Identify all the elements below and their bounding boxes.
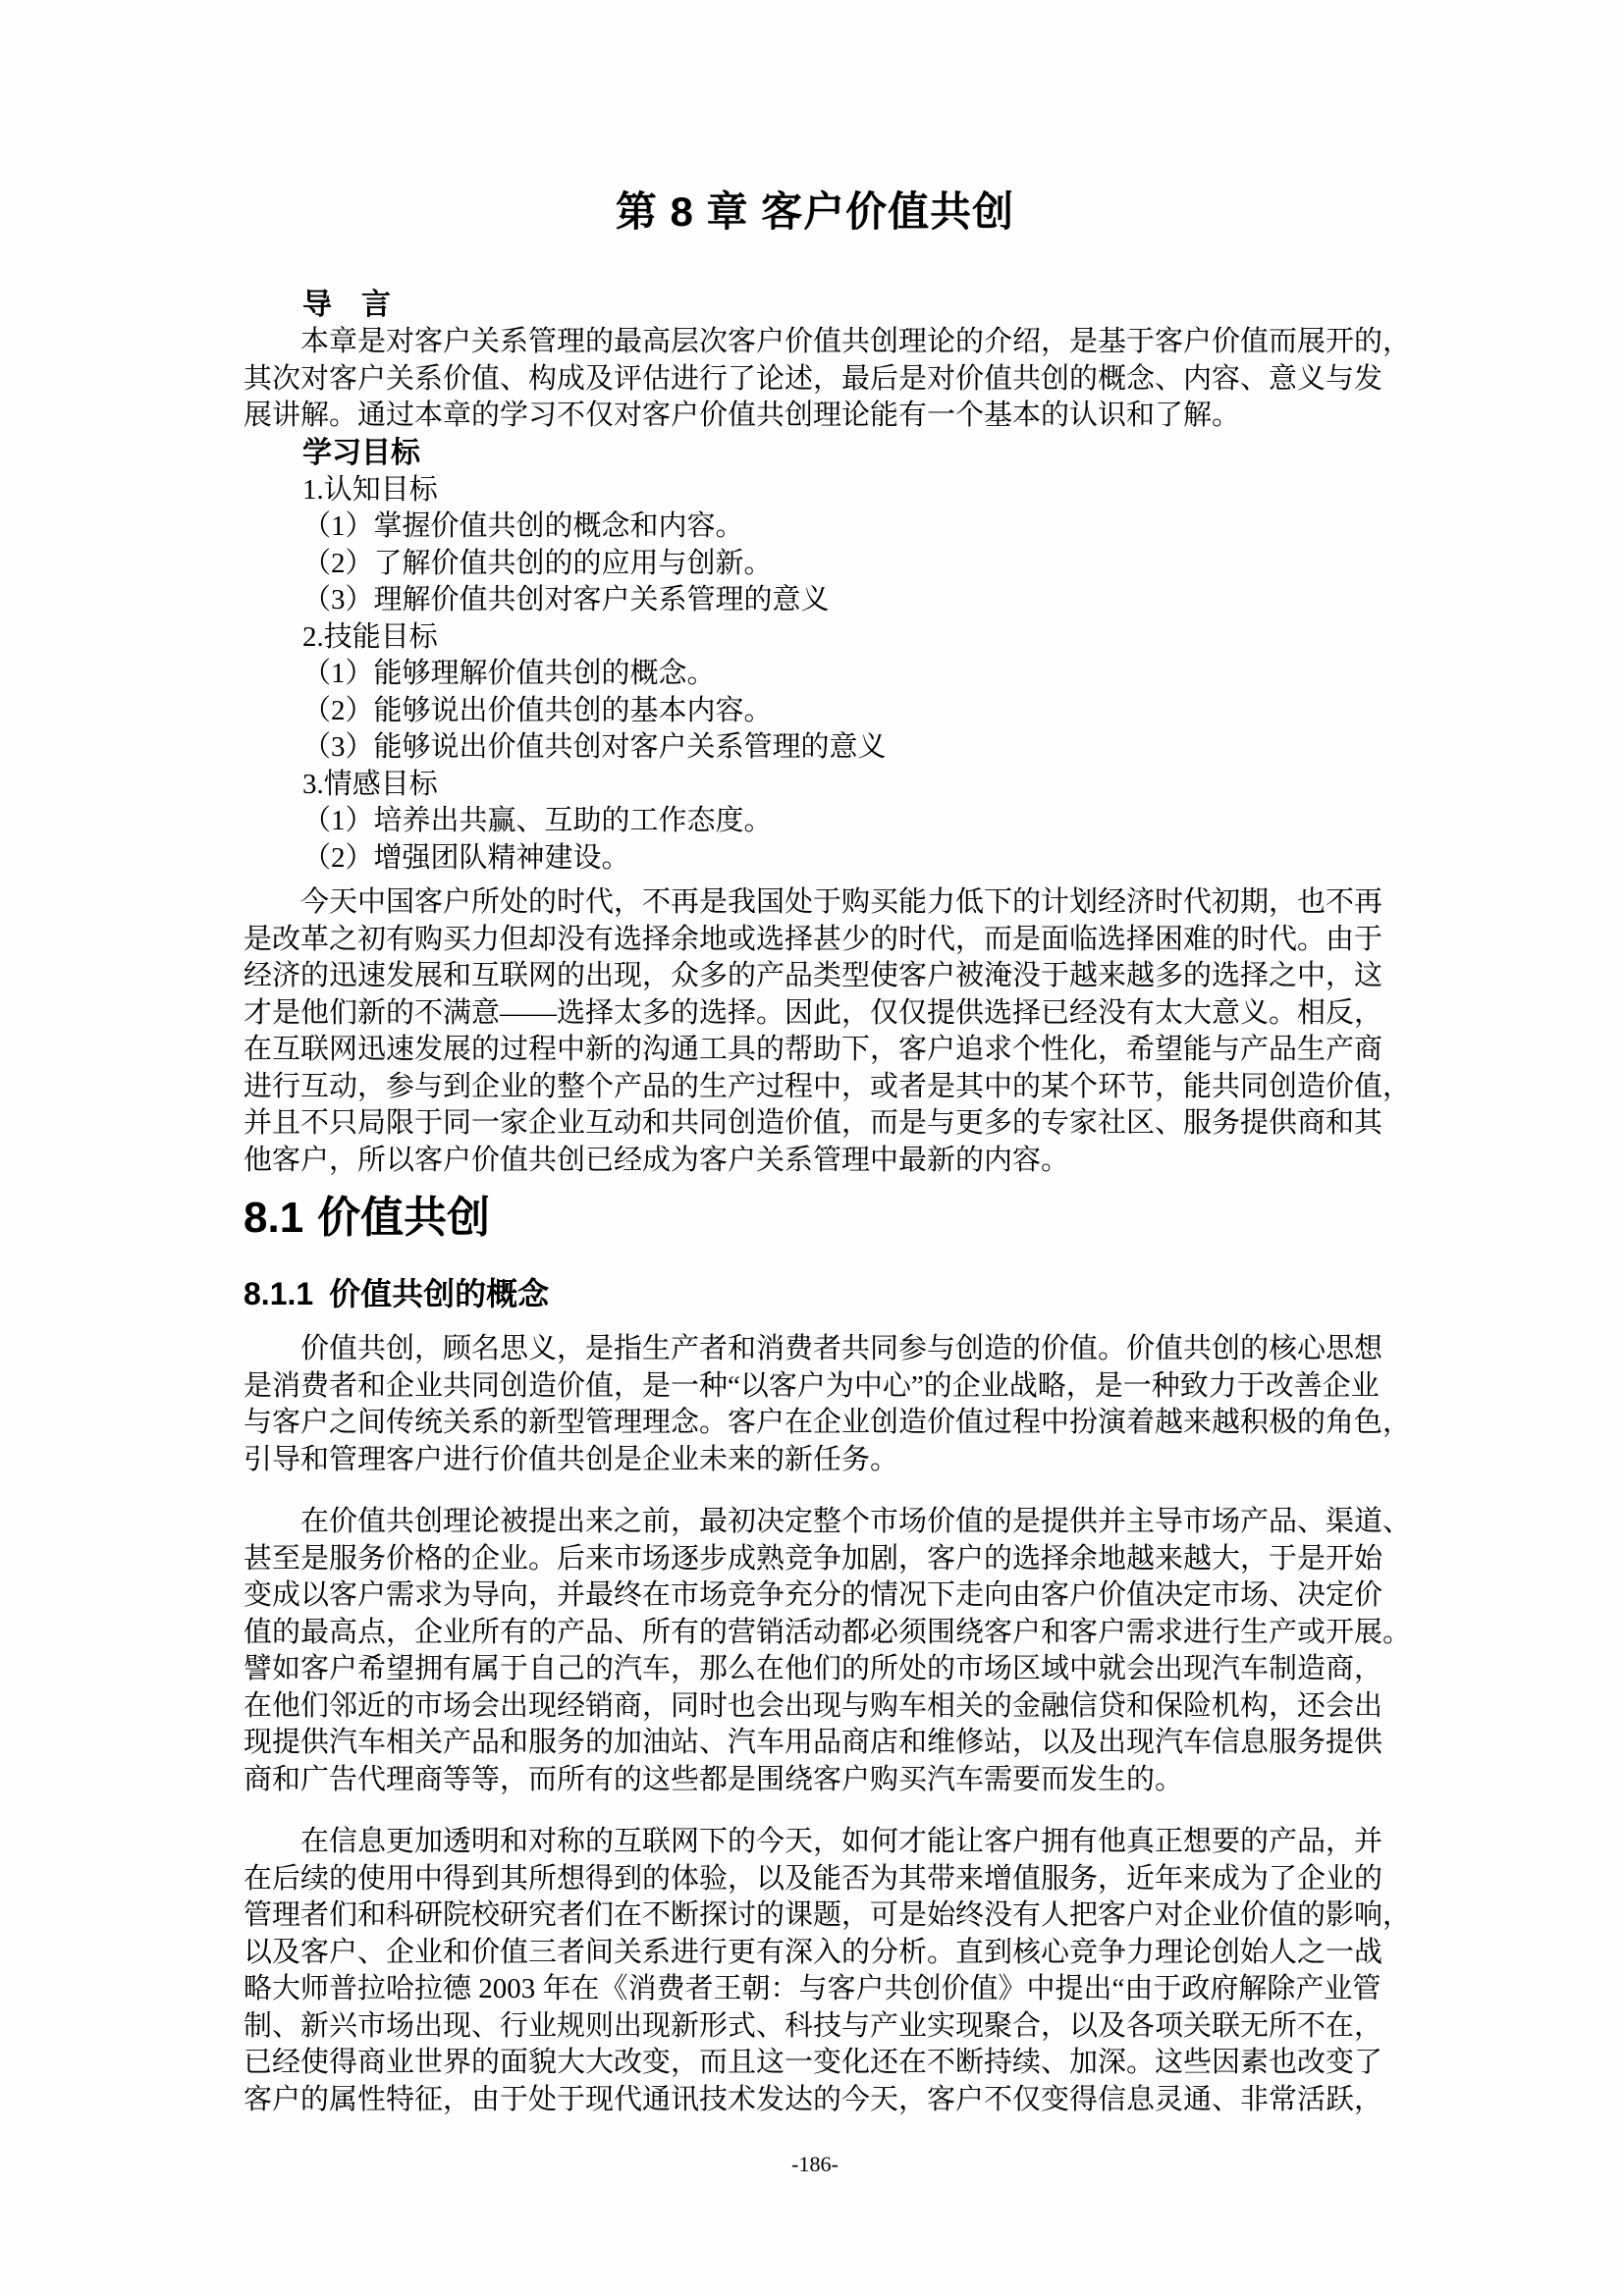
section-number: 8.1 [244,1194,303,1242]
subsection-heading-8-1-1: 8.1.1价值共创的概念 [244,1273,1386,1314]
section-heading-8-1: 8.1价值共创 [244,1193,1386,1244]
page-number: -186- [244,2150,1386,2179]
page-content: 第 8 章 客户价值共创 导 言 本章是对客户关系管理的最高层次客户价值共创理论… [244,0,1386,2179]
objectives-heading: 学习目标 [244,435,1386,472]
body-paragraph-3: 在信息更加透明和对称的互联网下的今天，如何才能让客户拥有他真正想要的产品，并 在… [244,1824,1386,2118]
intro-heading: 导 言 [244,287,1386,324]
body-paragraph-2: 在价值共创理论被提出来之前，最初决定整个市场价值的是提供并主导市场产品、渠道、 … [244,1504,1386,1798]
chapter-title: 第 8 章 客户价值共创 [244,188,1386,236]
lead-paragraph: 今天中国客户所处的时代，不再是我国处于购买能力低下的计划经济时代初期，也不再 是… [244,884,1386,1179]
subsection-number: 8.1.1 [244,1276,313,1311]
body-paragraph-1: 价值共创，顾名思义，是指生产者和消费者共同参与创造的价值。价值共创的核心思想 是… [244,1331,1386,1478]
objectives-list: 1.认知目标 （1）掌握价值共创的概念和内容。 （2）了解价值共创的的应用与创新… [244,472,1386,878]
document-page: 第 8 章 客户价值共创 导 言 本章是对客户关系管理的最高层次客户价值共创理论… [0,0,1624,2296]
intro-paragraph: 本章是对客户关系管理的最高层次客户价值共创理论的介绍，是基于客户价值而展开的， … [244,324,1386,435]
subsection-title: 价值共创的概念 [329,1276,549,1311]
section-title: 价值共创 [317,1194,490,1242]
